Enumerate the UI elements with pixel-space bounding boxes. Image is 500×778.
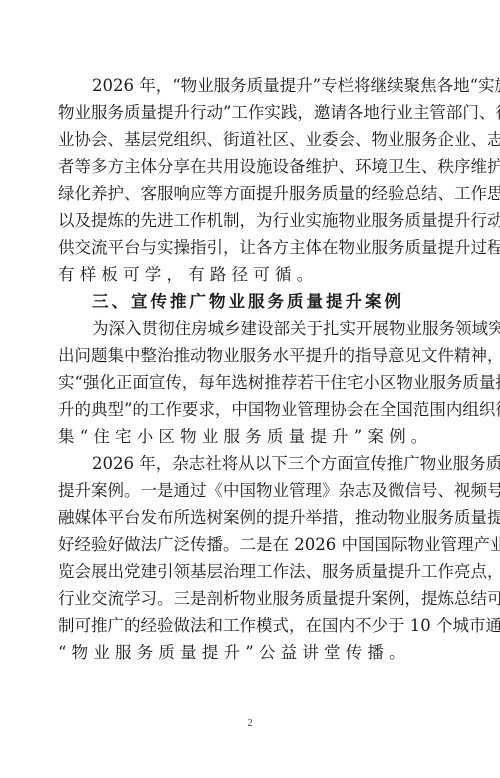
document-body: 2026 年，“物业服务质量提升”专栏将继续聚焦各地“实施 物业服务质量提升行动…	[58, 72, 444, 666]
document-page: 2026 年，“物业服务质量提升”专栏将继续聚焦各地“实施 物业服务质量提升行动…	[0, 0, 500, 778]
paragraph-1-line-6: 以及提炼的先进工作机制，为行业实施物业服务质量提升行动提	[58, 207, 444, 234]
paragraph-1-line-3: 业协会、基层党组织、街道社区、业委会、物业服务企业、志愿	[58, 126, 444, 153]
paragraph-1-line-4: 者等多方主体分享在共用设施设备维护、环境卫生、秩序维护、	[58, 153, 444, 180]
paragraph-1-line-7: 供交流平台与实操指引，让各方主体在物业服务质量提升过程中	[58, 234, 444, 261]
paragraph-1-line-1: 2026 年，“物业服务质量提升”专栏将继续聚焦各地“实施	[58, 72, 444, 99]
paragraph-2-line-1: 为深入贯彻住房城乡建设部关于扎实开展物业服务领域突	[58, 315, 444, 342]
paragraph-1-line-2: 物业服务质量提升行动”工作实践，邀请各地行业主管部门、行	[58, 99, 444, 126]
paragraph-2-line-5: 集“住宅小区物业服务质量提升”案例。	[58, 423, 444, 450]
paragraph-3-line-3: 融媒体平台发布所选树案例的提升举措，推动物业服务质量提升	[58, 504, 444, 531]
paragraph-3-line-2: 提升案例。一是通过《中国物业管理》杂志及微信号、视频号等	[58, 477, 444, 504]
paragraph-3-line-6: 行业交流学习。三是剖析物业服务质量提升案例，提炼总结可复	[58, 585, 444, 612]
paragraph-2-line-2: 出问题集中整治推动物业服务水平提升的指导意见文件精神，落	[58, 342, 444, 369]
page-number: 2	[244, 718, 256, 729]
paragraph-2-line-4: 升的典型”的工作要求，中国物业管理协会在全国范围内组织征	[58, 396, 444, 423]
paragraph-3-line-7: 制可推广的经验做法和工作模式，在国内不少于 10 个城市通过	[58, 612, 444, 639]
paragraph-3-line-8: “物业服务质量提升”公益讲堂传播。	[58, 639, 444, 666]
paragraph-3-line-4: 好经验好做法广泛传播。二是在 2026 中国国际物业管理产业博	[58, 531, 444, 558]
paragraph-1-line-8: 有样板可学，有路径可循。	[58, 261, 444, 288]
section-heading: 三、宣传推广物业服务质量提升案例	[58, 288, 444, 315]
paragraph-2-line-3: 实“强化正面宣传，每年选树推荐若干住宅小区物业服务质量提	[58, 369, 444, 396]
paragraph-3-line-1: 2026 年，杂志社将从以下三个方面宣传推广物业服务质量	[58, 450, 444, 477]
paragraph-3-line-5: 览会展出党建引领基层治理工作法、服务质量提升工作亮点，供	[58, 558, 444, 585]
paragraph-1-line-5: 绿化养护、客服响应等方面提升服务质量的经验总结、工作思考，	[58, 180, 444, 207]
